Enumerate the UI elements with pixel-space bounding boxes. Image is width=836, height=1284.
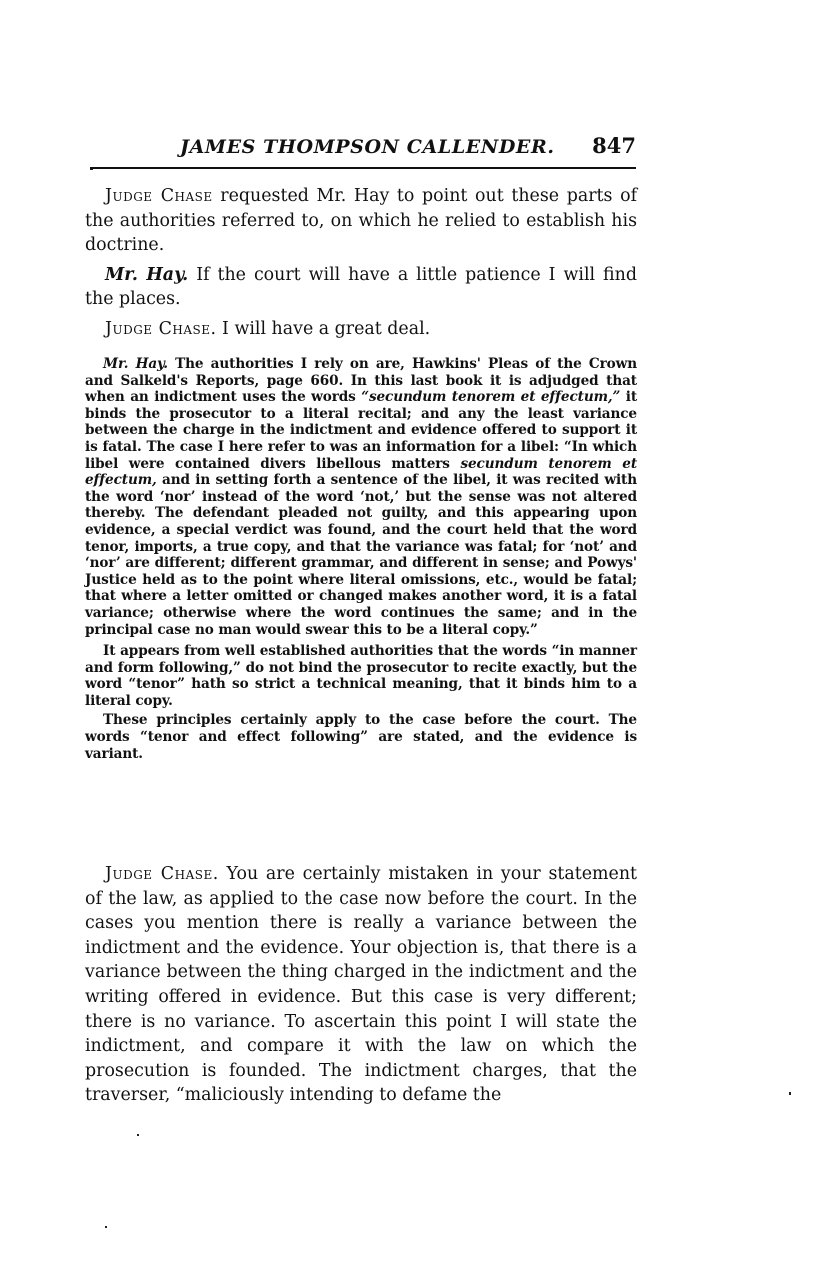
argument-paragraph-1: Mr. Hay. The authorities I rely on are, … bbox=[85, 356, 637, 638]
paragraph-text: It appears from well established authori… bbox=[85, 643, 637, 709]
scan-speck bbox=[137, 1134, 139, 1136]
exchange-section: Judge Chase requested Mr. Hay to point o… bbox=[85, 184, 637, 347]
paragraph-text: I will have a great deal. bbox=[217, 319, 431, 339]
scan-speck bbox=[789, 1092, 791, 1095]
argument-section: Mr. Hay. The authorities I rely on are, … bbox=[85, 356, 637, 767]
paragraph-chase-request: Judge Chase requested Mr. Hay to point o… bbox=[85, 184, 637, 258]
speaker-name: Judge Chase bbox=[105, 186, 213, 206]
paragraph-chase-response: Judge Chase. You are certainly mistaken … bbox=[85, 862, 637, 1108]
paragraph-hay-reply: Mr. Hay. If the court will have a little… bbox=[85, 263, 637, 312]
speaker-name: Judge Chase. bbox=[105, 864, 219, 884]
speaker-name: Mr. Hay. bbox=[105, 265, 188, 285]
speaker-name: Judge Chase. bbox=[105, 319, 217, 339]
paragraph-text: These principles certainly apply to the … bbox=[85, 712, 637, 761]
response-section: Judge Chase. You are certainly mistaken … bbox=[85, 862, 637, 1113]
argument-paragraph-3: These principles certainly apply to the … bbox=[85, 712, 637, 762]
header-rule bbox=[90, 167, 636, 169]
latin-phrase: “secundum tenorem et effectum,” bbox=[361, 389, 620, 405]
paragraph-chase-reply: Judge Chase. I will have a great deal. bbox=[85, 317, 637, 342]
running-title: JAMES THOMPSON CALLENDER. bbox=[180, 136, 555, 158]
running-head: JAMES THOMPSON CALLENDER. 847 bbox=[180, 133, 636, 163]
paragraph-text: and in setting forth a sentence of the l… bbox=[85, 472, 637, 637]
paragraph-text: You are certainly mistaken in your state… bbox=[85, 864, 637, 1105]
scan-speck bbox=[105, 1226, 107, 1228]
page-number: 847 bbox=[592, 133, 636, 158]
argument-paragraph-2: It appears from well established authori… bbox=[85, 643, 637, 709]
speaker-name: Mr. Hay. bbox=[103, 356, 168, 372]
